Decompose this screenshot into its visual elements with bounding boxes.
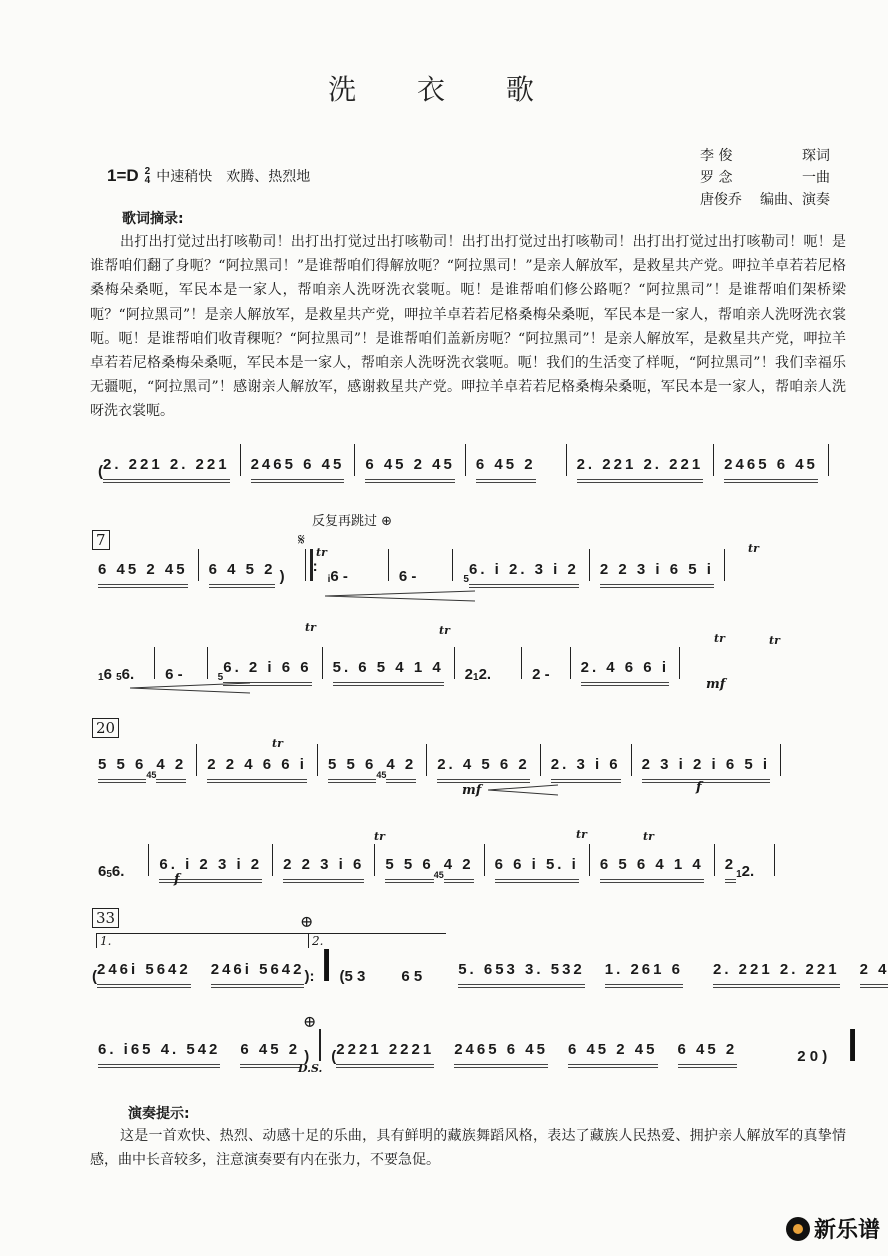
measure: 6 5 [391, 945, 448, 985]
barline [828, 444, 829, 476]
measure: 6. i 2 3 i 2 [149, 840, 272, 880]
measure: 16 56. [88, 643, 154, 683]
measure: 56. i 2. 3 i 2 [453, 545, 588, 585]
composer-credit: 罗 念一曲 [700, 167, 830, 189]
measure: 2 0 ) [777, 1025, 847, 1065]
rehearsal-mark-33: 33 [92, 908, 119, 928]
measure: 1. 261 6 [595, 945, 703, 985]
measure: 5 5 6454 2 [318, 740, 426, 780]
time-signature: 2 4 [145, 167, 151, 185]
measure: 2 - [522, 643, 570, 683]
watermark-label: 新乐谱 [814, 1213, 880, 1244]
measure: 2 2 3 i 6 5 i [590, 545, 724, 585]
measure: 5 5 6454 2 [88, 740, 196, 780]
repeat-skip-annotation: 反复再跳过 ⊕ [312, 510, 392, 529]
trill-mark: tr [305, 621, 316, 634]
dal-segno-mark: D.S. [298, 1062, 322, 1075]
decrescendo-hairpin [325, 590, 475, 602]
dynamic-mf: mf [462, 783, 481, 798]
key-signature: 1=D 2 4 中速稍快 欢腾、热烈地 [107, 166, 310, 186]
measure: (246i 5642 [88, 945, 201, 985]
final-barline [850, 1029, 855, 1061]
measure: 246i 5642): [201, 945, 325, 985]
measure: 212. [455, 643, 521, 683]
score-line-7: 6. i65 4. 542 6 45 2 ) (2221 2221 2465 6… [88, 1025, 848, 1065]
arranger-credit: 唐俊乔编曲、演奏 [700, 189, 830, 211]
measure: 2. 221 2. 221 [703, 945, 850, 985]
crescendo-hairpin [488, 784, 558, 796]
coda-sign: ⊕ [300, 912, 313, 931]
tempo-marking: 中速稍快 [156, 166, 212, 186]
measure: 6 4 5 2 ) [199, 545, 295, 585]
score-line-3: 16 56. 6 - 56. 2 i 6 6 5. 6 5 4 1 4 212.… [88, 643, 848, 683]
dynamic-mf: mf [706, 677, 725, 692]
measure: 2 3 i 2 i 6 5 i [632, 740, 780, 780]
measure: 2465 6 45 [241, 440, 355, 480]
measure: 56. 2 i 6 6 [208, 643, 322, 683]
measure: 2 4 6 i [850, 945, 888, 985]
measure: 6 45 2 ) [230, 1025, 319, 1065]
barline [724, 549, 725, 581]
measure: 5 5 6454 2 [375, 840, 483, 880]
measure: 6 45 2 45 [88, 545, 198, 585]
measure: (2. 221 2. 221 [88, 440, 240, 480]
trill-mark: tr [439, 624, 450, 637]
rehearsal-mark-20: 20 [92, 718, 119, 738]
score-line-5: 656. 6. i 2 3 i 2 2 2 3 i 6 5 5 6454 2 6… [88, 840, 848, 880]
performance-tips-heading: 演奏提示: [128, 1103, 190, 1123]
score-line-6: (246i 5642 246i 5642): (5 3 6 5 5. 653 3… [88, 945, 848, 985]
score-line-4: 5 5 6454 2 2 2 4 6 6 i 5 5 6454 2 2. 4 5… [88, 740, 848, 780]
measure: 2465 6 45 [444, 1025, 558, 1065]
measure: 2465 6 45 [714, 440, 828, 480]
measure: 6 45 2 [466, 440, 566, 480]
measure: 2 2 4 6 6 i [197, 740, 317, 780]
score-line-1: (2. 221 2. 221 2465 6 45 6 45 2 45 6 45 … [88, 440, 848, 480]
measure: 6 5 6 4 1 4 [590, 840, 714, 880]
measure: 5. 6 5 4 1 4 [323, 643, 454, 683]
barline [780, 744, 781, 776]
measure: 6 - [389, 545, 453, 585]
measure: 2 2 3 i 6 [273, 840, 374, 880]
lyricist-credit: 李 俊琛词 [700, 145, 830, 167]
watermark-logo: 新乐谱 [786, 1213, 880, 1244]
crescendo-hairpin [130, 682, 250, 694]
barline [679, 647, 680, 679]
lyrics-heading: 歌词摘录: [122, 208, 184, 228]
measure: (5 3 [329, 945, 391, 985]
dynamic-f: f [174, 872, 180, 887]
measure: 2. 221 2. 221 [567, 440, 714, 480]
dynamic-f: f [696, 780, 702, 795]
measure: 6 45 2 45 [558, 1025, 668, 1065]
barline [774, 844, 775, 876]
measure: i6 - [318, 545, 388, 585]
measure: 212. [715, 840, 774, 880]
measure: (2221 2221 [321, 1025, 444, 1065]
measure: 2. 4 5 6 2 [427, 740, 540, 780]
lyrics-text: 出打出打觉过出打咳勒司！出打出打觉过出打咳勒司！出打出打觉过出打咳勒司！出打出打… [90, 230, 846, 424]
measure: 656. [88, 840, 148, 880]
measure: 5. 653 3. 532 [448, 945, 595, 985]
credits: 李 俊琛词 罗 念一曲 唐俊乔编曲、演奏 [700, 145, 830, 211]
expression-marking: 欢腾、热烈地 [226, 166, 310, 186]
measure: 2. 3 i 6 [541, 740, 631, 780]
measure: 2. 4 6 6 i [571, 643, 679, 683]
performance-tips-text: 这是一首欢快、热烈、动感十足的乐曲，具有鲜明的藏族舞蹈风格，表达了藏族人民热爱、… [90, 1124, 846, 1172]
score-line-2: 6 45 2 45 6 4 5 2 ) : i6 - 6 - 56. i 2. … [88, 545, 848, 585]
measure: 6 - [155, 643, 207, 683]
song-title: 洗 衣 歌 [0, 68, 888, 108]
vinyl-record-icon [786, 1217, 810, 1241]
measure: 6 45 2 45 [355, 440, 465, 480]
measure: 6 6 i 5. i [485, 840, 589, 880]
repeat-start-barline [305, 549, 313, 581]
measure: 6 45 2 [668, 1025, 778, 1065]
key-label: 1=D [107, 166, 139, 186]
measure: 6. i65 4. 542 [88, 1025, 230, 1065]
